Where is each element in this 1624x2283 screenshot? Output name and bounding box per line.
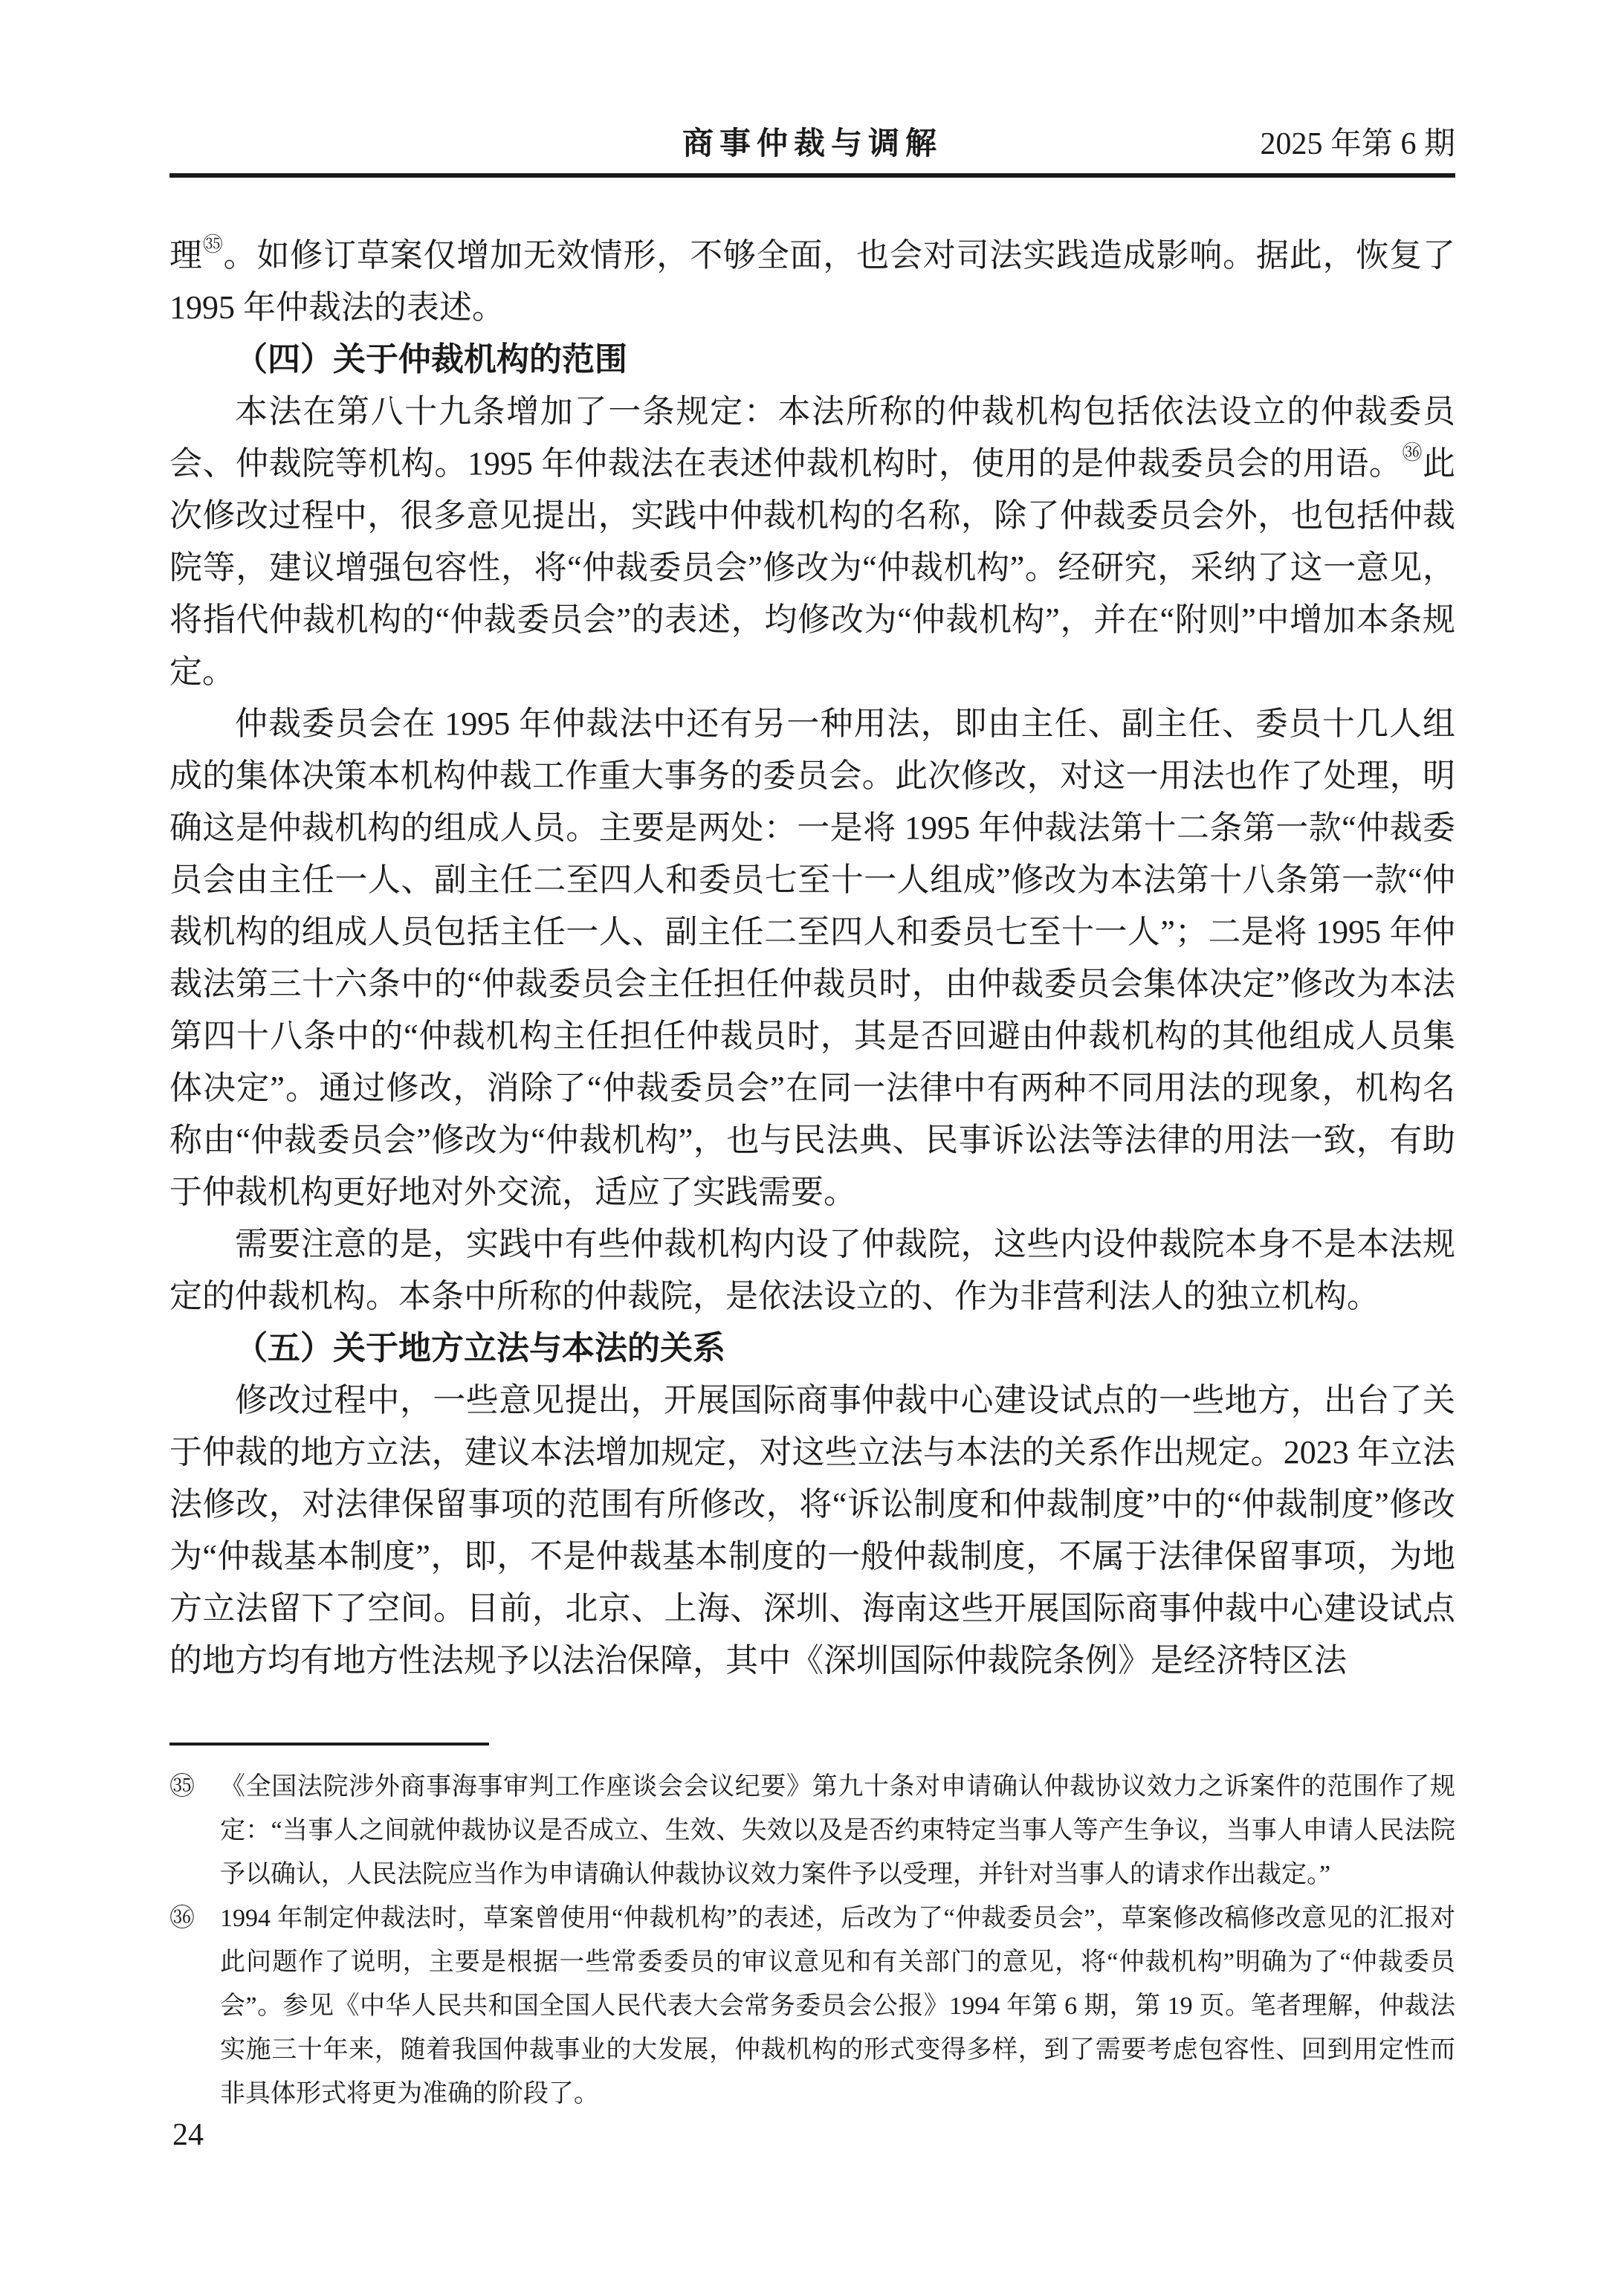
footnote-rule [169,1743,489,1746]
issue-label: 2025 年第 6 期 [1260,119,1455,164]
footnotes-block: ㉟ 《全国法院涉外商事海事审判工作座谈会会议纪要》第九十条对申请确认仲裁协议效力… [169,1743,1455,2116]
journal-title: 商事仲裁与调解 [682,119,942,164]
paragraph-text: 此次修改过程中，很多意见提出，实践中仲裁机构的名称，除了仲裁委员会外，也包括仲裁… [169,445,1455,690]
footnote-ref-36: ㊱ [1402,442,1423,464]
paragraph-continuation: 理㉟。如修订草案仅增加无效情形，不够全面，也会对司法实践造成影响。据此，恢复了 … [169,230,1455,334]
header-rule [169,173,1455,178]
section-heading-four: （四）关于仲裁机构的范围 [169,334,1455,386]
paragraph: 修改过程中，一些意见提出，开展国际商事仲裁中心建设试点的一些地方，出台了关于仲裁… [169,1375,1455,1687]
footnote-text: 1994 年制定仲裁法时，草案曾使用“仲裁机构”的表述，后改为了“仲裁委员会”，… [220,1896,1455,2116]
journal-page: 商事仲裁与调解 2025 年第 6 期 理㉟。如修订草案仅增加无效情形，不够全面… [0,0,1624,2283]
page-number: 24 [172,2117,204,2153]
paragraph-text: 本法在第八十九条增加了一条规定：本法所称的仲裁机构包括依法设立的仲裁委员会、仲裁… [169,393,1455,482]
footnote-36: ㊱ 1994 年制定仲裁法时，草案曾使用“仲裁机构”的表述，后改为了“仲裁委员会… [169,1896,1455,2116]
running-head: 商事仲裁与调解 2025 年第 6 期 [169,119,1455,161]
paragraph: 需要注意的是，实践中有些仲裁机构内设了仲裁院，这些内设仲裁院本身不是本法规定的仲… [169,1218,1455,1323]
footnote-marker: ㊱ [169,1896,220,2116]
paragraph-text: 理 [169,237,203,274]
paragraph-text: 。如修订草案仅增加无效情形，不够全面，也会对司法实践造成影响。据此，恢复了 19… [169,237,1455,326]
footnote-35: ㉟ 《全国法院涉外商事海事审判工作座谈会会议纪要》第九十条对申请确认仲裁协议效力… [169,1765,1455,1896]
footnote-text: 《全国法院涉外商事海事审判工作座谈会会议纪要》第九十条对申请确认仲裁协议效力之诉… [220,1765,1455,1896]
footnote-ref-35: ㉟ [203,233,224,256]
paragraph: 仲裁委员会在 1995 年仲裁法中还有另一种用法，即由主任、副主任、委员十几人组… [169,698,1455,1218]
article-body: 理㉟。如修订草案仅增加无效情形，不够全面，也会对司法实践造成影响。据此，恢复了 … [169,230,1455,1687]
paragraph: 本法在第八十九条增加了一条规定：本法所称的仲裁机构包括依法设立的仲裁委员会、仲裁… [169,386,1455,698]
footnote-marker: ㉟ [169,1765,220,1896]
section-heading-five: （五）关于地方立法与本法的关系 [169,1323,1455,1375]
